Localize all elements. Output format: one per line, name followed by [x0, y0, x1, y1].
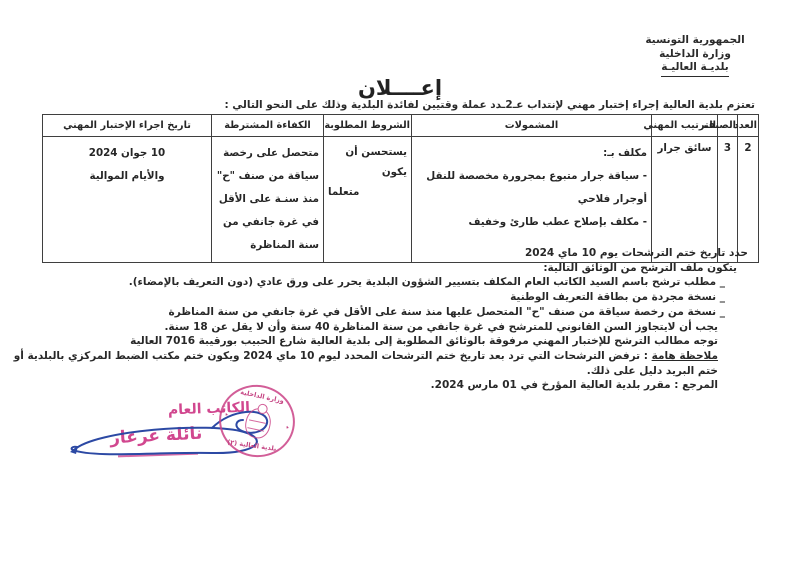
cell-conditions: يستحسن أن يكون متعلما: [324, 137, 412, 263]
exam-date-line: 10 جوان 2024: [47, 142, 207, 165]
age-rule-line: يجب أن لايتجاوز السن القانوني للمترشح في…: [8, 320, 718, 335]
address-line: توجه مطالب الترشح للإختبار المهني مرفوقة…: [8, 334, 718, 349]
document-item: _ مطلب ترشح باسم السيد الكاتب العام المك…: [8, 275, 725, 290]
scanned-announcement-page: الجمهورية التونسية وزارة الداخلية بلديـة…: [0, 0, 800, 566]
government-header: الجمهورية التونسية وزارة الداخلية بلديـة…: [630, 34, 760, 77]
cell-exam-date: 10 جوان 2024 والأيام الموالية: [43, 137, 212, 263]
cell-competence: متحصل على رخصة سياقة من صنف "ح" منذ سنـة…: [212, 137, 324, 263]
table-row: 2 3 سائق جرار مكلف بـ: - سياقة جرار متبو…: [43, 137, 759, 263]
condition-line: متعلما: [328, 186, 407, 198]
file-intro-line: يتكون ملف الترشح من الوثائق التالية:: [8, 261, 737, 276]
duty-line: - مكلف بإصلاح عطب طارئ وخفيف: [416, 211, 647, 234]
cell-count: 2: [738, 137, 759, 263]
col-header-category: الصنف: [718, 115, 738, 137]
reference-line: المرجع : مقرر بلدية العالية المؤرخ في 01…: [8, 378, 718, 393]
important-note-line: ملاحظة هامة : ترفض الترشحات التي ترد بعد…: [8, 349, 718, 378]
duty-line: مكلف بـ:: [416, 142, 647, 165]
stamp-star-icon: ٭: [285, 423, 290, 432]
col-header-competence: الكفاءة المشترطة: [212, 115, 324, 137]
col-header-conditions: الشروط المطلوبة: [324, 115, 412, 137]
republic-line: الجمهورية التونسية: [630, 34, 760, 48]
note-text: : ترفض الترشحات التي ترد بعد تاريخ ختم ا…: [14, 350, 718, 377]
col-header-count: العدد: [738, 115, 759, 137]
condition-line: يستحسن أن يكون: [328, 142, 407, 182]
cell-duties: مكلف بـ: - سياقة جرار متبوع بمجرورة مخصص…: [412, 137, 652, 263]
intro-sentence: تعتزم بلدية العالية إجراء إختبار مهني لإ…: [20, 99, 755, 111]
cell-category: 3: [718, 137, 738, 263]
table-header-row: العدد الصنف الترتيب المهني المشمولات الش…: [43, 115, 759, 137]
col-header-rank: الترتيب المهني: [652, 115, 718, 137]
col-header-duties: المشمولات: [412, 115, 652, 137]
page-title: إعــــلان: [0, 76, 800, 100]
tunisia-emblem-icon: [243, 406, 274, 441]
deadline-line: حدد تاريخ ختم الترشحات يوم 10 ماي 2024: [8, 246, 748, 261]
cell-rank: سائق جرار: [652, 137, 718, 263]
municipality-line: بلديـة العاليـة: [661, 61, 728, 77]
stamp-star-icon: ٭: [224, 410, 229, 419]
ministry-line: وزارة الداخلية: [630, 48, 760, 62]
document-item: _ نسخة مجردة من بطاقة التعريف الوطنية: [8, 290, 725, 305]
body-text: حدد تاريخ ختم الترشحات يوم 10 ماي 2024 ي…: [0, 246, 800, 393]
announcement-table: العدد الصنف الترتيب المهني المشمولات الش…: [42, 114, 759, 263]
exam-date-line: والأيام الموالية: [47, 165, 207, 188]
col-header-exam-date: تاريخ اجراء الإختبار المهني: [43, 115, 212, 137]
note-label: ملاحظة هامة: [652, 350, 718, 362]
document-item: _ نسخة من رخصة سياقة من صنف "ح" المتحصل …: [8, 305, 725, 320]
duty-line: - سياقة جرار متبوع بمجرورة مخصصة للنقل أ…: [416, 165, 647, 211]
